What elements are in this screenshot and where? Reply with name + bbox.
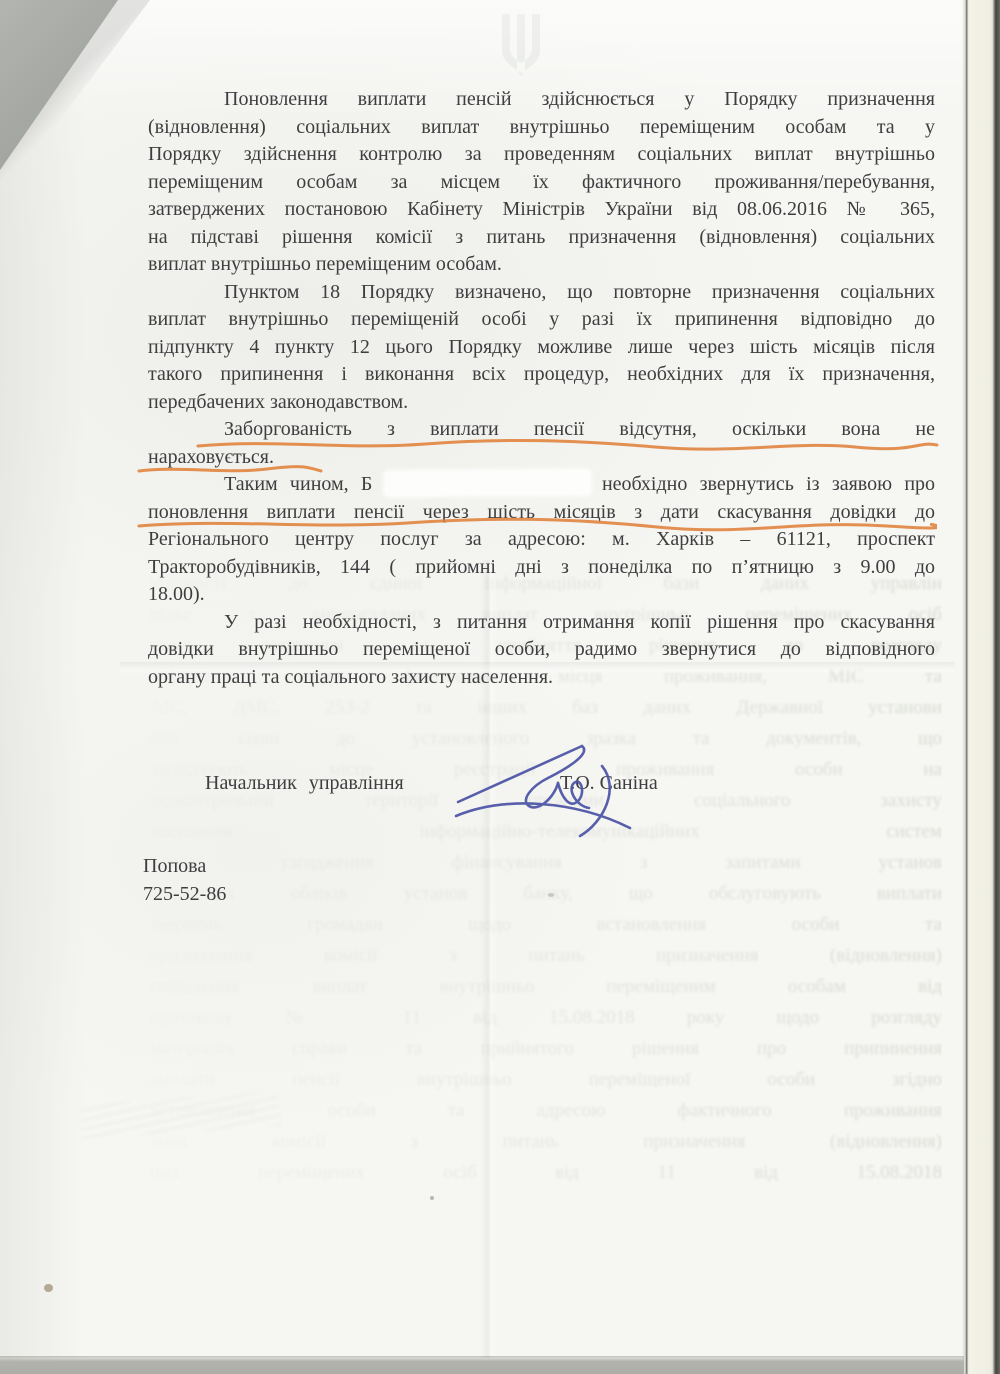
bleed-through-line: них переміщених осіб від 11 від 15.08.20… <box>150 1157 942 1188</box>
letter-body: Поновлення виплати пенсій здійснюється у… <box>148 86 935 691</box>
scan-edge-bottom <box>0 1356 964 1374</box>
orange-underline-annotation <box>195 437 940 453</box>
paragraph-2-line: Пунктом 18 Порядку визначено, що повторн… <box>148 279 935 307</box>
signature-ink <box>452 736 642 840</box>
whiteout-redaction <box>385 470 590 495</box>
orange-underline-annotation <box>137 516 937 534</box>
paragraph-4-line: 18.00). <box>148 581 935 609</box>
executor-block: Попова 725-52-86 <box>143 852 226 908</box>
paragraph-1-line: Порядку здійснення контролю за проведенн… <box>148 141 935 169</box>
executor-phone: 725-52-86 <box>143 880 226 908</box>
bleed-through-line: протоколу № 11 від 15.08.2018 року щодо … <box>150 1002 942 1033</box>
paragraph-1-line: на підставі рішення комісії з питань при… <box>148 224 935 252</box>
paper-speck <box>44 1284 53 1292</box>
executor-name: Попова <box>143 852 226 880</box>
bleed-through-line: ання комісії з питань призначення (відно… <box>150 1126 942 1157</box>
paragraph-4-text-post: необхідно звернутись із заявою про <box>602 473 935 495</box>
bleed-through-line: призначення комісії з питань призначення… <box>150 940 942 971</box>
bleed-through-line: АІС, ДМС, 253-2 та інших баз даних Держа… <box>150 692 942 723</box>
paragraph-2-line: такого припинення і виконання всіх проце… <box>148 361 935 389</box>
signatory-title: Начальник управління <box>205 772 404 795</box>
paragraph-2-line: підпункту 4 пункту 12 цього Порядку можл… <box>148 334 935 362</box>
paper-speck <box>430 1196 434 1200</box>
paragraph-1-line: Поновлення виплати пенсій здійснюється у… <box>148 86 935 114</box>
paragraph-1-line: виплат внутрішньо переміщеним особам. <box>148 251 935 279</box>
paragraph-1-line: переміщеним особам за місцем їх фактично… <box>148 169 935 197</box>
bleed-through-line: матеріалів справи та прийнятого рішення … <box>150 1033 942 1064</box>
bleed-through-line: звернень громадян щодо встановлення особ… <box>150 909 942 940</box>
paragraph-5-line: органу праці та соціального захисту насе… <box>148 664 935 692</box>
paper-speck <box>548 893 554 897</box>
bleed-through-line: основі узгодження фінансування з запитам… <box>150 847 942 878</box>
paragraph-2-line: виплат внутрішньо переміщеній особі у ра… <box>148 306 935 334</box>
scanned-letter-page: відомості до єдиної інформаційної бази д… <box>0 0 1000 1374</box>
orange-underline-annotation <box>137 463 325 477</box>
paragraph-5-line: довідки внутрішньо переміщеної особи, ра… <box>148 636 935 664</box>
trident-watermark-icon <box>492 12 550 86</box>
bleed-through-line: кредитних обліків установ банку, що обсл… <box>150 878 942 909</box>
paragraph-2-line: передбачених законодавством. <box>148 389 935 417</box>
bleed-through-line: виплати пенсії внутрішньо переміщеної ос… <box>150 1064 942 1095</box>
paragraph-4-line: Тракторобудівників, 144 ( прийомні дні з… <box>148 554 935 582</box>
paragraph-5-line: У разі необхідності, з питання отримання… <box>148 609 935 637</box>
bleed-through-line: соціальних виплат внутрішньо переміщеним… <box>150 971 942 1002</box>
paragraph-1-line: затверджених постановою Кабінету Міністр… <box>148 196 935 224</box>
paragraph-1-line: (відновлення) соціальних виплат внутрішн… <box>148 114 935 142</box>
scan-edge-right <box>962 0 1000 1374</box>
